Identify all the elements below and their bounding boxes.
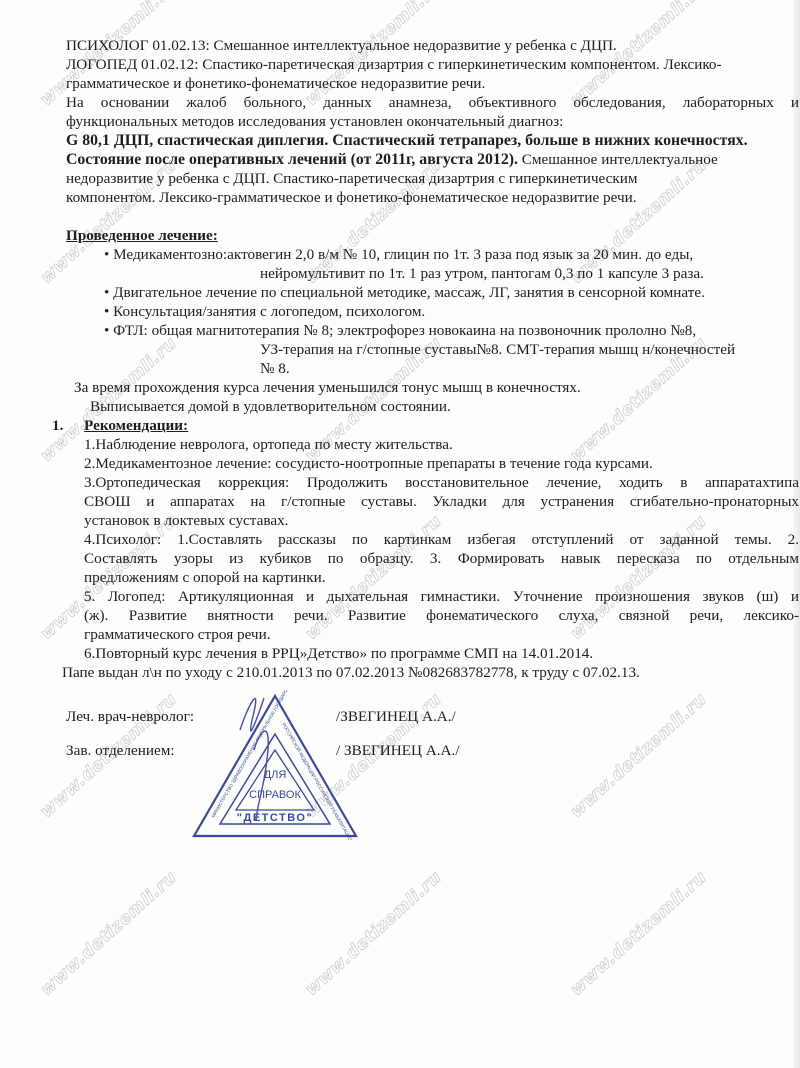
- stamp-text-references: СПРАВОК: [249, 789, 301, 801]
- recommendation-line: 1.Наблюдение невролога, ортопеда по мест…: [84, 435, 799, 454]
- psychologist-line: ПСИХОЛОГ 01.02.13: Смешанное интеллектуа…: [66, 36, 799, 55]
- treatment-item-meds-cont: нейромультивит по 1т. 1 раз утром, панто…: [66, 264, 799, 283]
- recommendations-number: 1.: [52, 416, 84, 435]
- treatment-item-meds: • Медикаментозно:актовегин 2,0 в/м № 10,…: [66, 245, 799, 264]
- diagnosis-surgery-status: Состояние после оперативных лечений (от …: [66, 151, 518, 168]
- diagnosis-line-2: Состояние после оперативных лечений (от …: [66, 150, 799, 169]
- watermark-text: www.detizemli.ru: [567, 689, 711, 822]
- treatment-item-physio-cont: УЗ-терапия на г/стопные суставы№8. СМТ-т…: [66, 340, 799, 359]
- basis-line: На основании жалоб больного, данных анам…: [66, 93, 799, 112]
- sick-leave-line: Папе выдан л\н по уходу с 210.01.2013 по…: [62, 663, 799, 682]
- basis-line-cont: функциональных методов исследования уста…: [66, 112, 799, 131]
- speech-therapist-line: ЛОГОПЕД 01.02.12: Спастико-паретическая …: [66, 55, 799, 74]
- treatment-item-motor: • Двигательное лечение по специальной ме…: [66, 283, 799, 302]
- discharge-document: ПСИХОЛОГ 01.02.13: Смешанное интеллектуа…: [66, 36, 799, 682]
- head-label: Зав. отделением:: [66, 742, 175, 760]
- recommendation-line: установок в локтевых суставах.: [84, 511, 799, 530]
- clinic-stamp: ДЛЯ СПРАВОК "ДЕТСТВО" МИНИСТЕРСТВО ЗДРАВ…: [190, 690, 360, 840]
- recommendation-line: СВОШ и аппаратах на г/стопные суставы. У…: [84, 492, 799, 511]
- watermark-text: www.detizemli.ru: [37, 867, 181, 1000]
- recommendations-heading-row: 1.Рекомендации:: [52, 416, 799, 435]
- treatment-item-consult: • Консультация/занятия с логопедом, псих…: [66, 302, 799, 321]
- treatment-item-physio: • ФТЛ: общая магнитотерапия № 8; электро…: [66, 321, 799, 340]
- recommendations-list: 1.Наблюдение невролога, ортопеда по мест…: [66, 435, 799, 663]
- recommendation-line: 4.Психолог: 1.Составлять рассказы по кар…: [84, 530, 799, 549]
- recommendation-line: 5. Логопед: Артикуляционная и дыхательна…: [84, 587, 799, 606]
- stamp-text-for: ДЛЯ: [264, 769, 287, 781]
- treatment-heading: Проведенное лечение:: [66, 226, 799, 245]
- recommendation-line: 3.Ортопедическая коррекция: Продолжить в…: [84, 473, 799, 492]
- diagnosis-code-line: G 80,1 ДЦП, спастическая диплегия. Спаст…: [66, 131, 799, 150]
- watermark-text: www.detizemli.ru: [302, 867, 446, 1000]
- discharge-status: Выписывается домой в удовлетворительном …: [66, 397, 799, 416]
- stamp-text-name: "ДЕТСТВО": [237, 812, 313, 824]
- recommendation-line: 6.Повторный курс лечения в РРЦ»Детство» …: [84, 644, 799, 663]
- diagnosis-line-2-rest: Смешанное интеллектуальное: [518, 151, 718, 168]
- speech-therapist-line-cont: грамматическое и фонетико-фонематическое…: [66, 74, 799, 93]
- doctor-label: Леч. врач-невролог:: [66, 708, 194, 726]
- recommendations-heading: Рекомендации:: [84, 417, 188, 434]
- recommendation-line: 2.Медикаментозное лечение: сосудисто-ноо…: [84, 454, 799, 473]
- recommendation-line: (ж). Развитие внятности речи. Развитие ф…: [84, 606, 799, 625]
- treatment-item-physio-cont2: № 8.: [66, 359, 799, 378]
- watermark-text: www.detizemli.ru: [567, 867, 711, 1000]
- recommendation-line: предложениям с опорой на картинки.: [84, 568, 799, 587]
- recommendation-line: Составлять узоры из кубиков по образцу. …: [84, 549, 799, 568]
- diagnosis-line-3: недоразвитие у ребенка с ДЦП. Спастико-п…: [66, 169, 799, 188]
- treatment-outcome: За время прохождения курса лечения умень…: [66, 378, 799, 397]
- diagnosis-line-4: компонентом. Лексико-грамматическое и фо…: [66, 188, 799, 207]
- recommendation-line: грамматического строя речи.: [84, 625, 799, 644]
